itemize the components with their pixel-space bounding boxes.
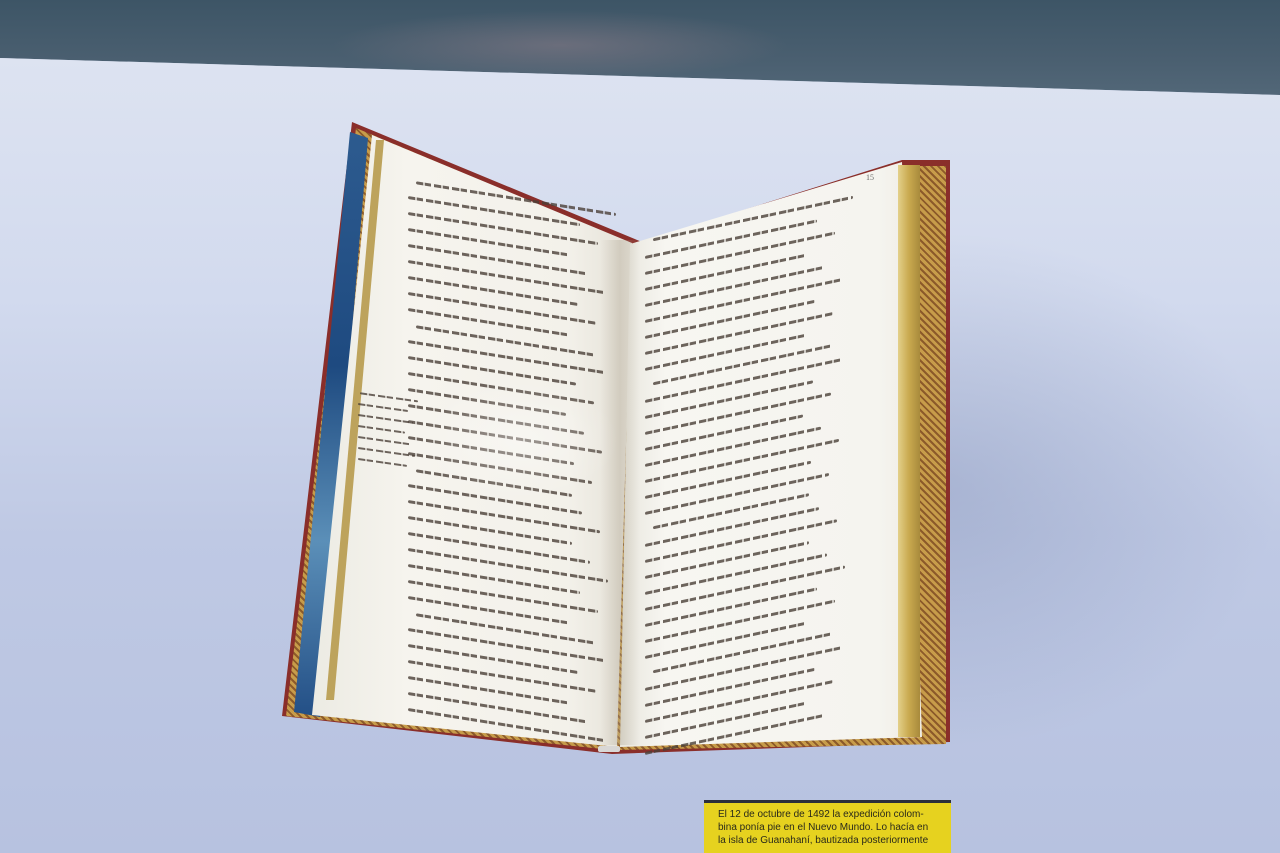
handwritten-line [408, 596, 570, 625]
handwritten-line [416, 181, 616, 216]
handwritten-line [358, 425, 405, 434]
handwritten-line [408, 500, 600, 533]
handwritten-line [408, 692, 586, 723]
handwritten-line [416, 613, 596, 645]
handwritten-line [408, 244, 588, 276]
caption-placard: El 12 de octubre de 1492 la expedición c… [704, 800, 951, 853]
handwritten-line [408, 532, 590, 564]
open-manuscript: 15 [0, 0, 1280, 853]
handwritten-line [645, 414, 803, 451]
handwritten-line [358, 436, 410, 445]
handwritten-line [408, 628, 606, 662]
handwritten-line [645, 714, 823, 755]
handwritten-line [408, 340, 604, 374]
gilded-page-edge [898, 165, 920, 737]
handwritten-line [408, 564, 580, 594]
handwritten-line [408, 676, 568, 704]
handwritten-line [645, 541, 809, 579]
handwritten-line [408, 516, 572, 545]
handwritten-line [645, 622, 807, 659]
handwritten-line [408, 660, 596, 693]
handwritten-line [408, 708, 604, 742]
handwritten-line [408, 548, 608, 583]
handwritten-line [416, 325, 594, 356]
bookmark-tab [598, 746, 620, 752]
caption-line: bina ponía pie en el Nuevo Mundo. Lo hac… [718, 821, 941, 834]
handwritten-line [358, 403, 408, 412]
handwritten-line [645, 702, 805, 739]
handwritten-line [358, 447, 415, 457]
caption-line: El 12 de octubre de 1492 la expedición c… [718, 808, 941, 821]
glass-glare [420, 380, 620, 500]
caption-line: la isla de Guanahaní, bautizada posterio… [718, 834, 941, 847]
handwritten-line [645, 254, 807, 291]
margin-notes [358, 392, 416, 477]
handwritten-line [408, 308, 568, 336]
handwritten-line [408, 292, 596, 325]
handwritten-line [408, 276, 578, 306]
handwritten-line [408, 580, 598, 613]
right-page-handwriting [645, 197, 845, 768]
handwritten-line [408, 196, 580, 226]
handwritten-line [408, 644, 578, 674]
handwritten-line [408, 260, 606, 294]
handwritten-line [653, 493, 809, 529]
museum-display-scene: 15 El 12 de octubre de 1492 la expedició… [0, 0, 1280, 853]
handwritten-line [358, 414, 413, 424]
handwritten-line [645, 334, 805, 371]
handwritten-line [408, 228, 570, 257]
page-number: 15 [866, 173, 874, 182]
handwritten-line [358, 458, 407, 467]
handwritten-line [408, 212, 598, 245]
